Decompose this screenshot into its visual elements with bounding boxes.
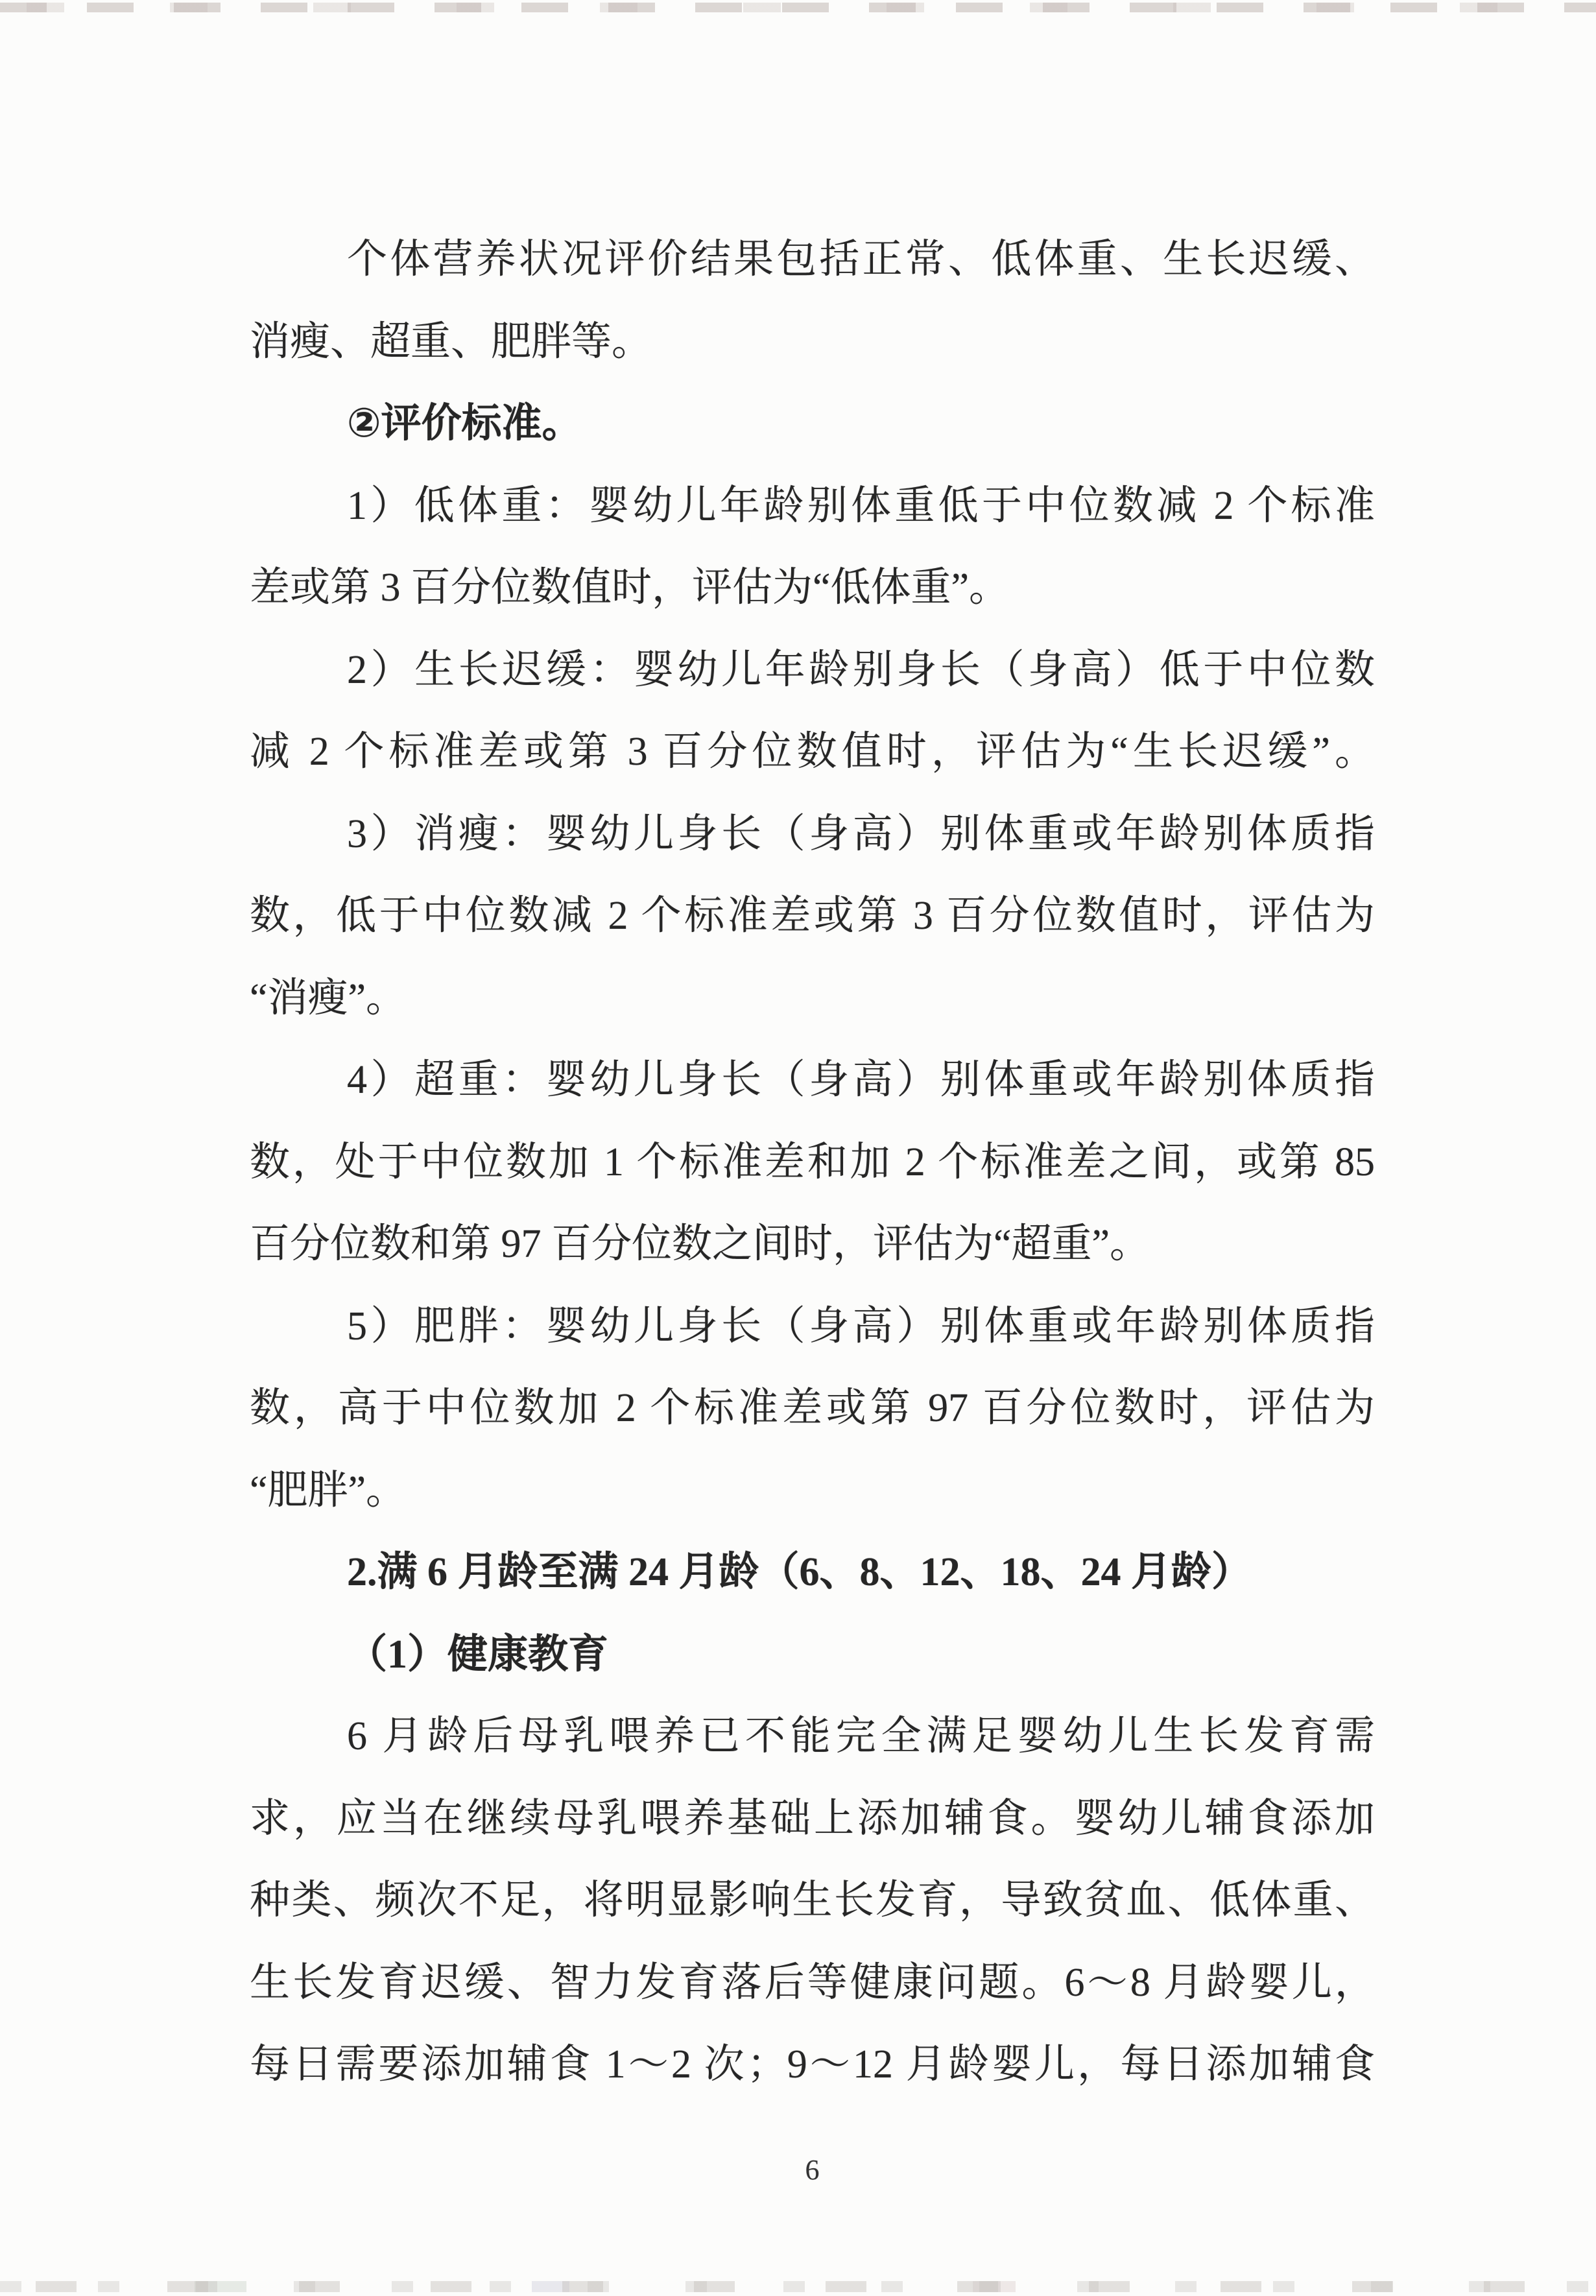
scan-artifact-bottom [0, 2281, 1596, 2292]
text-line: 消瘦、超重、肥胖等。 [250, 301, 1375, 383]
text-line: （1）健康教育 [250, 1614, 1375, 1696]
text-line: 5）肥胖：婴幼儿身长（身高）别体重或年龄别体质指 [250, 1286, 1375, 1368]
text-line: “消瘦”。 [250, 957, 1375, 1040]
text-line: 差或第 3 百分位数值时，评估为“低体重”。 [250, 547, 1375, 629]
text-line: 6 月龄后母乳喂养已不能完全满足婴幼儿生长发育需 [250, 1695, 1375, 1778]
document-page: 个体营养状况评价结果包括正常、低体重、生长迟缓、 消瘦、超重、肥胖等。 ②评价标… [0, 0, 1596, 2296]
text-line: 2.满 6 月龄至满 24 月龄（6、8、12、18、24 月龄） [250, 1531, 1375, 1614]
text-line: 数，处于中位数加 1 个标准差和加 2 个标准差之间，或第 85 [250, 1121, 1375, 1204]
page-number: 6 [250, 2152, 1375, 2188]
text-line: 4）超重：婴幼儿身长（身高）别体重或年龄别体质指 [250, 1039, 1375, 1121]
text-line: 百分位数和第 97 百分位数之间时，评估为“超重”。 [250, 1203, 1375, 1286]
text-line: 数，高于中位数加 2 个标准差或第 97 百分位数时，评估为 [250, 1367, 1375, 1450]
text-line: 种类、频次不足，将明显影响生长发育，导致贫血、低体重、 [250, 1860, 1375, 1942]
scan-artifact-top [0, 3, 1596, 12]
text-line: 求，应当在继续母乳喂养基础上添加辅食。婴幼儿辅食添加 [250, 1778, 1375, 1860]
text-line: 个体营养状况评价结果包括正常、低体重、生长迟缓、 [250, 219, 1375, 301]
text-line: 生长发育迟缓、智力发育落后等健康问题。6～8 月龄婴儿， [250, 1942, 1375, 2024]
text-line: ②评价标准。 [250, 383, 1375, 465]
text-line: 每日需要添加辅食 1～2 次；9～12 月龄婴儿，每日添加辅食 [250, 2024, 1375, 2106]
text-line: 数，低于中位数减 2 个标准差或第 3 百分位数值时，评估为 [250, 875, 1375, 957]
text-line: 3）消瘦：婴幼儿身长（身高）别体重或年龄别体质指 [250, 793, 1375, 876]
text-line: “肥胖”。 [250, 1450, 1375, 1532]
text-line: 2）生长迟缓：婴幼儿年龄别身长（身高）低于中位数 [250, 629, 1375, 712]
document-body: 个体营养状况评价结果包括正常、低体重、生长迟缓、 消瘦、超重、肥胖等。 ②评价标… [250, 219, 1375, 2106]
text-line: 减 2 个标准差或第 3 百分位数值时，评估为“生长迟缓”。 [250, 711, 1375, 793]
text-line: 1）低体重：婴幼儿年龄别体重低于中位数减 2 个标准 [250, 465, 1375, 547]
